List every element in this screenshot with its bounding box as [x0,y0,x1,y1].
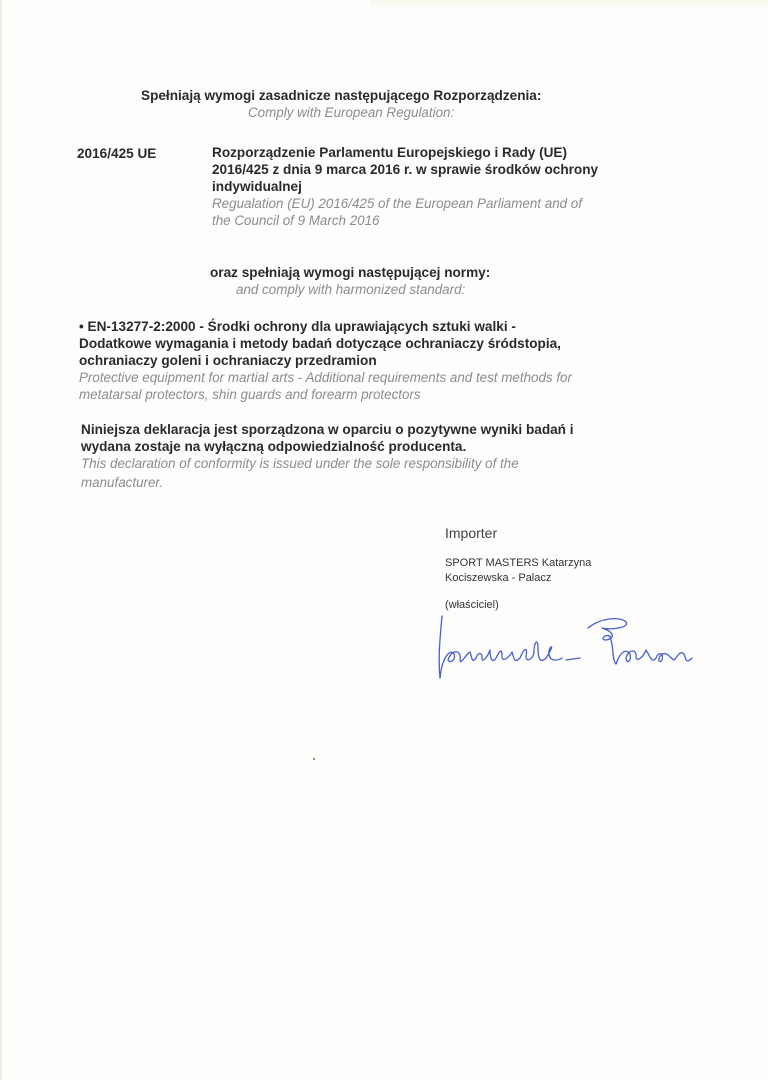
regulation-line-en: Regualation (EU) 2016/425 of the Europea… [212,195,598,212]
regulation-line: 2016/425 z dnia 9 marca 2016 r. w sprawi… [212,161,598,178]
regulation-line: indywidualnej [212,178,598,195]
standard-line: ochraniaczy goleni i ochraniaczy przedra… [79,352,572,369]
company-line: SPORT MASTERS Katarzyna [445,556,591,571]
standard-heading-pl: oraz spełniają wymogi następującej normy… [210,264,490,281]
standard-text: • EN-13277-2:2000 - Środki ochrony dla u… [79,318,572,403]
handwritten-signature [430,608,705,688]
declaration-line: Niniejsza deklaracja jest sporządzona w … [81,421,574,438]
document-page: Spełniają wymogi zasadnicze następująceg… [0,0,768,1080]
declaration-line: wydana zostaje na wyłączną odpowiedzialn… [81,438,574,455]
standard-line: Dodatkowe wymagania i metody badań dotyc… [79,335,572,352]
regulation-heading-en: Comply with European Regulation: [248,104,454,121]
regulation-line: Rozporządzenie Parlamentu Europejskiego … [212,144,598,161]
scan-edge-left [0,0,2,1080]
regulation-line-en: the Council of 9 March 2016 [212,212,598,229]
regulation-heading-pl: Spełniają wymogi zasadnicze następująceg… [141,87,541,104]
regulation-code: 2016/425 UE [77,145,156,162]
scan-speck [313,758,315,760]
standard-line-en: Protective equipment for martial arts - … [79,369,572,386]
regulation-text: Rozporządzenie Parlamentu Europejskiego … [212,144,598,229]
standard-heading-en: and comply with harmonized standard: [236,281,465,298]
scan-edge-top [370,0,768,6]
declaration-line-en: manufacturer. [81,474,574,491]
standard-line: • EN-13277-2:2000 - Środki ochrony dla u… [79,318,572,335]
standard-line-en: metatarsal protectors, shin guards and f… [79,386,572,403]
declaration-line-en: This declaration of conformity is issued… [81,455,574,472]
importer-company: SPORT MASTERS Katarzyna Kociszewska - Pa… [445,556,591,586]
importer-label: Importer [445,525,497,541]
declaration-text: Niniejsza deklaracja jest sporządzona w … [81,421,574,491]
company-line: Kociszewska - Palacz [445,571,591,586]
